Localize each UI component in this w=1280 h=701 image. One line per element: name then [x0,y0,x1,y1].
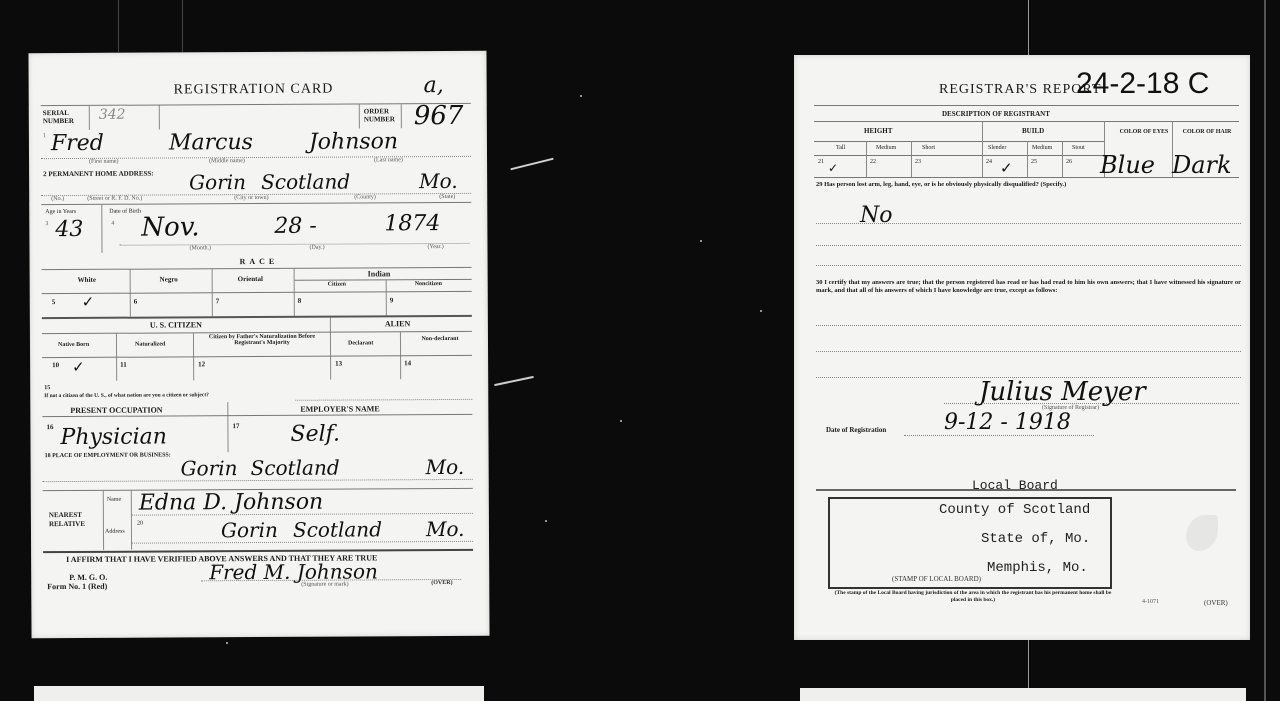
tall-check: ✓ [828,161,838,175]
occupation-header: PRESENT OCCUPATION [70,406,162,415]
date-label: Date of Registration [826,426,886,434]
dob-day: 28 - [274,214,317,239]
relative-county: Scotland [293,517,382,541]
order-value: 967 [414,101,464,131]
employment-state: Mo. [426,455,465,479]
last-name: Johnson [309,129,398,154]
serial-value: 342 [99,107,126,123]
age-label: Age in Years [45,209,76,215]
dust-speck [545,520,547,522]
q18-label: 18 PLACE OF EMPLOYMENT OR BUSINESS: [45,452,171,459]
occupation-value: Physician [60,424,167,450]
employer-value: Self. [290,422,340,447]
white-check: ✓ [82,293,95,311]
scan-streak [494,376,534,386]
address-state: Mo. [419,169,458,193]
employment-county: Scotland [251,456,340,480]
relative-city: Gorin [221,518,278,542]
next-card-edge-left [34,686,484,701]
relative-label: NEAREST RELATIVE [49,511,99,529]
dust-speck [620,420,622,422]
stamp-line-3: Memphis, Mo. [987,560,1088,576]
hair-color: Dark [1172,151,1232,179]
registration-card: REGISTRATION CARD a, SERIAL NUMBER 342 O… [28,51,489,638]
dob-year: 1874 [384,211,440,236]
dust-speck [226,642,228,644]
dust-speck [700,240,702,242]
dust-speck [760,310,762,312]
relative-name: Edna D. Johnson [139,490,324,516]
registration-date: 9-12 - 1918 [944,410,1071,435]
middle-name: Marcus [169,130,253,155]
order-label: ORDER NUMBER [364,107,404,123]
age-value: 43 [55,217,83,242]
scan-streak [118,0,119,52]
leaf-watermark-icon [1186,515,1218,551]
first-name: Fred [51,131,104,156]
q29-text: 29 Has person lost arm, leg, hand, eye, … [816,181,1241,189]
dob-month: Nov. [141,212,199,242]
native-born-check: ✓ [72,358,85,376]
registrars-report-card: REGISTRAR'S REPORT 24-2-18 C DESCRIPTION… [794,55,1250,640]
corner-mark: a, [424,73,444,98]
alien-header: ALIEN [385,319,410,328]
eye-color: Blue [1100,151,1155,179]
address-label: 2 PERMANENT HOME ADDRESS: [43,170,154,179]
q15-text: If not a citizen of the U. S., of what n… [44,392,209,399]
scan-streak [1264,0,1266,701]
slender-check: ✓ [1000,159,1013,177]
card-title: REGISTRATION CARD [174,82,334,99]
dob-label: Date of Birth [109,209,141,215]
address-county: Scotland [261,170,350,194]
indian-header: Indian [368,269,391,278]
q30-text: 30 I certify that my answers are true; t… [816,279,1241,295]
address-city: Gorin [189,170,246,194]
description-header: DESCRIPTION OF REGISTRANT [942,110,1050,118]
q29-answer: No [860,203,893,228]
stamp-note: (The stamp of the Local Board having jur… [828,590,1118,604]
employment-city: Gorin [181,456,238,480]
dust-speck [580,95,582,97]
stamp-number: 24-2-18 C [1076,67,1209,101]
race-header: RACE [240,257,279,266]
next-card-edge-right [800,688,1246,701]
employer-header: EMPLOYER'S NAME [300,404,379,413]
citizen-header: U. S. CITIZEN [150,320,202,329]
stamp-line-2: State of, Mo. [981,531,1090,547]
scan-streak [182,0,183,52]
relative-state: Mo. [426,517,465,541]
stamp-line-1: County of Scotland [939,502,1090,518]
serial-label: SERIAL NUMBER [43,109,83,125]
scan-streak [510,158,553,171]
